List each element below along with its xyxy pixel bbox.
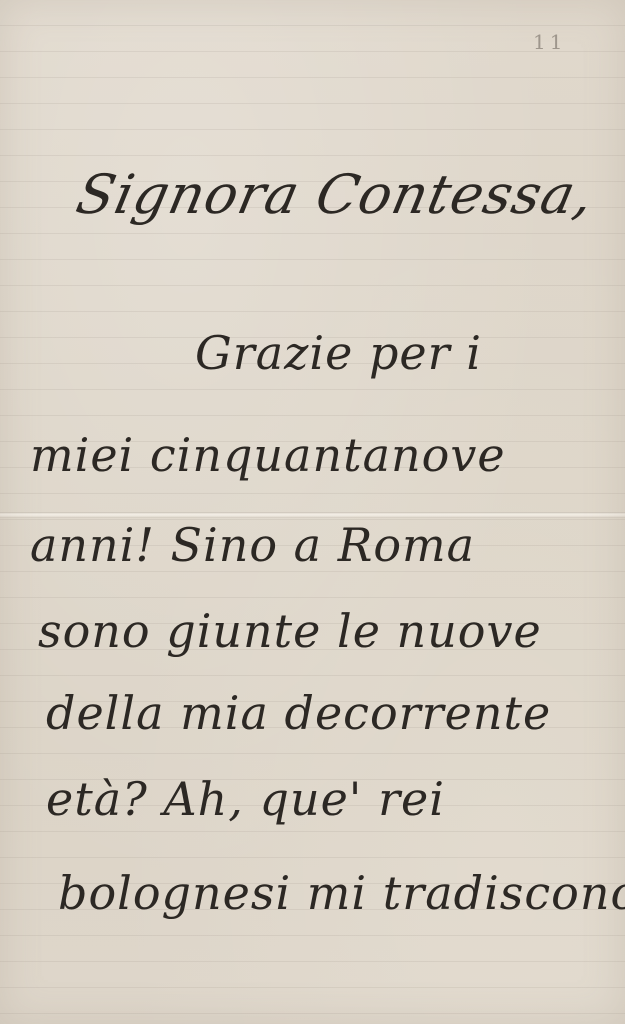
letter-line-1: Grazie per i — [195, 330, 482, 376]
letter-line-6: età? Ah, que' rei — [46, 776, 445, 822]
page-number: 11 — [533, 30, 566, 54]
letter-line-5: della mia decorrente — [46, 690, 551, 736]
letter-page: 11 Signora Contessa, Grazie per i miei c… — [0, 0, 625, 1024]
salutation: Signora Contessa, — [72, 168, 599, 222]
letter-line-4: sono giunte le nuove — [38, 608, 542, 654]
letter-line-7: bolognesi mi tradiscono! — [58, 870, 625, 916]
letter-line-3: anni! Sino a Roma — [30, 522, 475, 568]
letter-line-2: miei cinquantanove — [30, 432, 506, 478]
